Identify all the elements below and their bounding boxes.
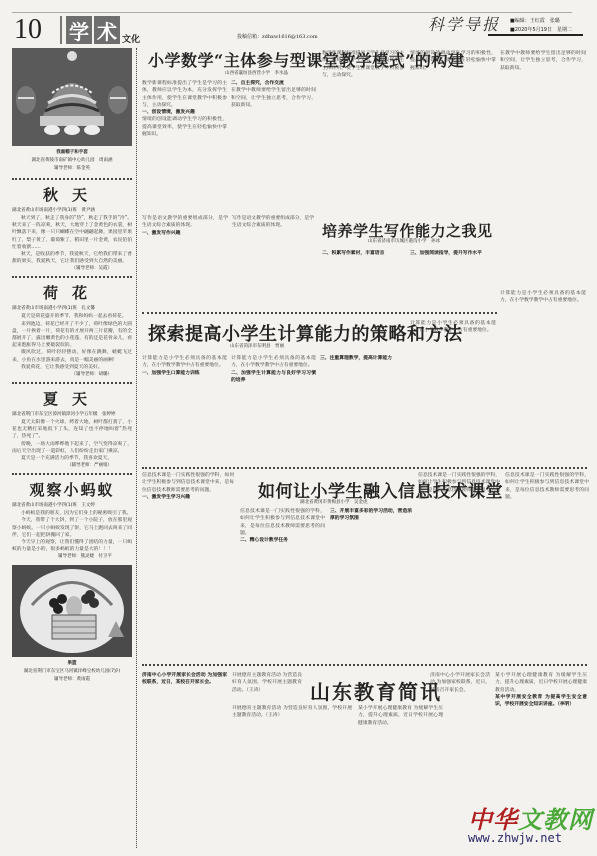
newspaper-name: 科学导报 [428, 12, 500, 35]
article-text: 信息技术课是一门实践性很强的学科，如何让学生积极参与到信息技术课堂中来，是每位信… [142, 472, 234, 657]
paragraph: 小蚂蚁是我的朋友，因为它们身上的秘密吸引了我。 [12, 510, 132, 517]
subheading: 二、积累写作素材，丰富语言 [322, 251, 384, 256]
photo-author: 湖北省黄陵市南矿镇中心幼儿园 周雨涵 [12, 157, 132, 165]
news-item: 开展德育主题教育活动 为营造良好育人氛围，学校开展主题教育活动。（王涛） [232, 706, 352, 718]
paragraph: 数学新课程标准提出了学生是学习的主体，教师应以学生为本，充分发挥学生主体作用，使… [142, 81, 227, 108]
article-text: 三、开展丰富多彩的学习活动，营造浓厚的学习氛围 [330, 508, 412, 658]
divider [12, 178, 132, 180]
paragraph: 秋天到了，秋走了我身的“热”，秋走了我手的“冷”。秋天来了一阵凉爽，秋天，大地穿… [12, 215, 132, 251]
date-line: ■2020年5月19日 星期二 [510, 26, 572, 35]
paragraph: 秋天，是收获的季节，我爱秋天，它给我们带来了香甜的果实，我爱秋天，它让我们感受到… [12, 251, 132, 265]
subheading: 二、自主探究，合作交流 [231, 81, 284, 86]
poem-body: 小蚂蚁是我的朋友，因为它们身上的秘密吸引了我。 今天，我带了个大饼，到了一个小院… [12, 510, 132, 553]
article-text: 计算能力是小学生必须具备的基本能力，在小学数学教学中占有重要地位。 [500, 290, 586, 460]
teacher-note: （辅导老师：严丽娟） [12, 462, 132, 468]
teacher-note: （辅导老师：吴霞） [12, 265, 132, 271]
news-item: 某小学开展心理健康教育 为缓解学生压力，提升心理素质，近日学校开展心理健康教育活… [358, 706, 443, 726]
photo-title: 我画帽子和手套 [12, 149, 132, 157]
paragraph: 在教学中教师要给学生留出足够的时间和空间，让学生独立思考，合作学习，获取新知。 [231, 88, 316, 108]
watermark-part1: 中华 [468, 806, 518, 834]
poem-byline: 湖北省黄山市场南港小学四(1)班 黄尹涵 [12, 207, 132, 213]
poem-byline: 湖北省荆门市东宝区漳河镇漳河小学五年级 张婷婷 [12, 411, 132, 417]
teacher-note: 辅导老师：熊灵婕 付卫平 [12, 553, 132, 559]
paragraph: 今天早上的观察，让我们懂得了团结的力量，一只蚂蚁的力量是小的，很多蚂蚁的力量是大… [12, 539, 132, 553]
news-item: 济南中心小学开展家长会活动 为加强家校联系，近日，某校召开家长会。 [142, 673, 227, 685]
paragraph: 夏天太阳像一个火球，烤着大地，树叶都打蔫了，小花也无精打采地低下了头，连知了也不… [12, 419, 132, 441]
article-byline: 湖北省黄冈市黄梅县小学 吴金虎 [300, 499, 368, 505]
poem-title: 观察小蚂蚁 [12, 479, 132, 500]
paragraph: 夏天是荷花盛开的季节，我和妈妈一起去看荷花。 [12, 313, 132, 320]
subheading: 一、加强学生口算能力训练 [142, 371, 200, 376]
page-number: 10 [14, 16, 42, 44]
paragraph: 我爱荷花，它让我感受到夏天的美好。 [12, 364, 132, 371]
article-text: 济南中心小学开展家长会活动 为加强家校联系，近日，某校召开家长会。 [142, 672, 227, 850]
paragraph: 微风吹过，荷叶轻轻摆动，好像在跳舞，蜻蜓飞过来，小鱼在水里游来游去，真是一幅美丽… [12, 349, 132, 363]
divider [12, 276, 132, 278]
paragraph: 信息技术课是一门实践性很强的学科，如何让学生积极参与到信息技术课堂中来，是每位信… [142, 473, 234, 493]
fruit-basket-drawing-icon [12, 565, 132, 657]
column-separator [136, 48, 137, 848]
submission-email: 投稿信箱：zdhxw1616@163.com [237, 33, 318, 40]
article-text: 三、注重算理教学，提高计算能力 [320, 355, 405, 463]
article-text: 开展德育主题教育活动 为营造良好育人氛围，学校开展主题教育活动。（王涛） [232, 672, 302, 702]
paragraph: 傍晚，一场大雨哗哗地下起来了，空气变得凉爽了，雨后天空出现了一道彩虹，人们纷纷走… [12, 441, 132, 455]
paragraph: 在教学中教师要给学生留出足够的时间和空间，让学生独立思考，合作学习，获取新知。 [500, 51, 586, 71]
paragraph: 信息技术课是一门实践性很强的学科，如何让学生积极参与到信息技术课堂中来，是每位信… [418, 473, 500, 500]
poem-body: 夏天太阳像一个火球，烤着大地，树叶都打蔫了，小花也无精打采地低下了头，连知了也不… [12, 419, 132, 462]
paragraph: 计算能力是小学生必须具备的基本能力，在小学数学教学中占有重要地位。 [231, 356, 316, 368]
photo-teacher: 辅导老师：黄雨霞 [12, 676, 132, 684]
watermark-part2: 文教网 [518, 806, 593, 834]
poem-title: 夏天 [12, 388, 132, 409]
article-text: 信息技术课是一门实践性很强的学科，如何让学生积极参与到信息技术课堂中来，是每位信… [418, 472, 500, 657]
article-text: 二、积累写作素材，丰富语言 [322, 250, 402, 310]
photo-teacher: 辅导老师：陈金英 [12, 165, 132, 173]
section-subtitle: 文化 [122, 32, 140, 45]
divider [142, 312, 497, 314]
subheading: 三、开展丰富多彩的学习活动，营造浓厚的学习氛围 [330, 509, 412, 521]
subheading: 一、激发写作兴趣 [142, 231, 180, 236]
photo-author: 湖北省荆门市东宝区马河镇洋峰宝校幼儿园(7岁) [12, 668, 132, 676]
subheading: 三、注重算理教学，提高计算能力 [320, 356, 392, 361]
section-char: 学 [66, 16, 92, 44]
article-text: 在教学中教师要给学生留出足够的时间和空间，让学生独立思考，合作学习，获取新知。 [500, 50, 586, 280]
poem-byline: 湖北省黄山市场南港小学四(1)班 孔文馨 [12, 305, 132, 311]
paragraph: 计算能力是小学生必须具备的基本能力，在小学数学教学中占有重要地位。 [410, 321, 496, 333]
divider [12, 382, 132, 384]
subheading: 二、精心设计教学任务 [240, 538, 288, 543]
news-item: 某中学开展安全教育 为提高学生安全意识，学校开展安全知识讲座。（李明） [495, 695, 587, 707]
watermark-text: 中华文教网 [468, 800, 593, 835]
article-text: 计算能力是小学生必须具备的基本能力，在小学数学教学中占有重要地位。 二、加强学生… [231, 355, 316, 463]
paragraph: 今天，我带了个大饼，到了一个小院子，放在那里观察小蚂蚁。一只小蚂蚁发现了饼，它马… [12, 517, 132, 539]
article-text: 信息技术课是一门实践性很强的学科，如何让学生积极参与到信息技术课堂中来，是每位信… [240, 508, 325, 658]
article-text: 数学新课程标准提出了学生是学习的主体，教师应以学生为本，充分发挥学生主体作用，使… [322, 50, 404, 200]
paragraph: 来到池边，荷花已经开了不少了，荷叶像绿色的大圆盘，一片挨着一片，荷花有的才展开两… [12, 321, 132, 350]
article-text: 信息技术课是一门实践性很强的学科，如何让学生积极参与到信息技术课堂中来，是每位信… [505, 472, 589, 657]
paragraph: 情境的创设能调动学生学习的积极性，提高课堂效率，使学生在轻松愉快中掌握知识。 [410, 51, 496, 71]
paragraph: 写作是语文教学的重要组成部分，是学生语文综合素质的体现。 [232, 216, 314, 228]
left-column: 我画帽子和手套 湖北省黄陵市南矿镇中心幼儿园 周雨涵 辅导老师：陈金英 秋天 湖… [12, 48, 132, 684]
subheading: 一、激发学生学习兴趣 [142, 495, 190, 500]
article-text: 开展德育主题教育活动 为营造良好育人氛围，学校开展主题教育活动。（王涛） [232, 705, 352, 850]
article-text: 情境的创设能调动学生学习的积极性，提高课堂效率，使学生在轻松愉快中掌握知识。 [410, 50, 496, 200]
poem-byline: 湖北省黄山市场南港小学四(1)班 王文婷 [12, 502, 132, 508]
divider [142, 664, 587, 666]
paragraph: 信息技术课是一门实践性很强的学科，如何让学生积极参与到信息技术课堂中来，是每位信… [505, 473, 589, 500]
subheading: 三、加强阅读指导，提升写作水平 [410, 251, 482, 256]
paragraph: 情境的创设能调动学生学习的积极性，提高课堂效率，使学生在轻松愉快中掌握知识。 [142, 117, 227, 137]
hat-drawing-icon [12, 48, 132, 146]
paragraph: 数学新课程标准提出了学生是学习的主体，教师应以学生为本，充分发挥学生主体作用，使… [322, 51, 404, 78]
paragraph: 写作是语文教学的重要组成部分，是学生语文综合素质的体现。 [142, 216, 228, 228]
poem-title: 荷花 [12, 282, 132, 303]
article-text: 某小学开展心理健康教育 为缓解学生压力，提升心理素质，近日学校开展心理健康教育活… [358, 705, 443, 850]
article-title: 山东教育简讯 [310, 676, 442, 705]
article-text: 济南中心小学开展家长会活动 为加强家校联系，近日，某校召开家长会。 [430, 672, 490, 702]
photo-title: 果篮 [12, 660, 132, 668]
photo-hat-mittens [12, 48, 132, 146]
photo-fruit-basket [12, 565, 132, 657]
newspaper-page: 10 学 术 文化 投稿信箱：zdhxw1616@163.com 科学导报 ■编… [0, 0, 597, 856]
editor-line: ■编辑：王红霞 张璐 [510, 17, 572, 26]
article-byline: 山东省济南市历城区港沟小学 孙冰 [368, 238, 440, 244]
paragraph: 计算能力是小学生必须具备的基本能力，在小学数学教学中占有重要地位。 [142, 356, 227, 368]
article-byline: 山东省菏泽市东明县 贾丽 [230, 343, 284, 349]
article-byline: 山西省襄垣县西营小学 李水晶 [225, 70, 288, 76]
article-text: 计算能力是小学生必须具备的基本能力，在小学数学教学中占有重要地位。 一、加强学生… [142, 355, 227, 463]
news-item: 开展德育主题教育活动 为营造良好育人氛围，学校开展主题教育活动。（王涛） [232, 673, 302, 693]
subheading: 二、加强学生计算能力与良好学习习惯的培养 [231, 371, 316, 383]
subheading: 一、创设情境，激发兴趣 [142, 110, 195, 115]
news-item: 济南中心小学开展家长会活动 为加强家校联系，近日，某校召开家长会。 [430, 673, 490, 693]
teacher-note: （辅导老师：胡璐） [12, 371, 132, 377]
poem-body: 秋天到了，秋走了我身的“热”，秋走了我手的“冷”。秋天来了一阵凉爽，秋天，大地穿… [12, 215, 132, 265]
article-text: 写作是语文教学的重要组成部分，是学生语文综合素质的体现。 [232, 215, 314, 300]
divider [142, 467, 587, 469]
article-text: 写作是语文教学的重要组成部分，是学生语文综合素质的体现。 一、激发写作兴趣 [142, 215, 228, 300]
section-label: 学 术 [60, 16, 120, 44]
paragraph: 计算能力是小学生必须具备的基本能力，在小学数学教学中占有重要地位。 [500, 291, 586, 303]
photo-caption: 果篮 湖北省荆门市东宝区马河镇洋峰宝校幼儿园(7岁) 辅导老师：黄雨霞 [12, 660, 132, 684]
editor-info: ■编辑：王红霞 张璐 ■2020年5月19日 星期二 [510, 17, 572, 35]
article-text: 二、自主探究，合作交流 在教学中教师要给学生留出足够的时间和空间，让学生独立思考… [231, 80, 316, 210]
watermark-logo: 中华文教网 www.zhwjw.net [468, 800, 593, 852]
article-text: 三、加强阅读指导，提升写作水平 [410, 250, 496, 310]
section-char: 术 [94, 16, 120, 44]
article-text: 某小学开展心理健康教育 为缓解学生压力，提升心理素质，近日学校开展心理健康教育活… [495, 672, 587, 797]
poem-body: 夏天是荷花盛开的季节，我和妈妈一起去看荷花。 来到池边，荷花已经开了不少了，荷叶… [12, 313, 132, 371]
paragraph: 夏天是一个充满活力的季节，我喜欢夏天。 [12, 455, 132, 462]
article-text: 计算能力是小学生必须具备的基本能力，在小学数学教学中占有重要地位。 [410, 320, 496, 460]
divider [12, 473, 132, 475]
news-item: 某小学开展心理健康教育 为缓解学生压力，提升心理素质，近日学校开展心理健康教育活… [495, 673, 587, 693]
photo-caption: 我画帽子和手套 湖北省黄陵市南矿镇中心幼儿园 周雨涵 辅导老师：陈金英 [12, 149, 132, 173]
article-text: 数学新课程标准提出了学生是学习的主体，教师应以学生为本，充分发挥学生主体作用，使… [142, 80, 227, 210]
paragraph: 信息技术课是一门实践性很强的学科，如何让学生积极参与到信息技术课堂中来，是每位信… [240, 509, 325, 536]
poem-title: 秋天 [12, 184, 132, 205]
